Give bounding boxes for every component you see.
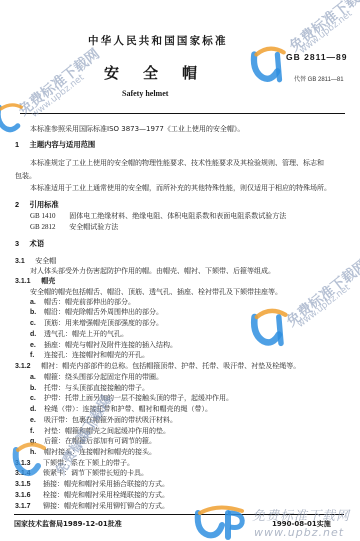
section-title: 术语 bbox=[30, 239, 45, 248]
reference-title: 安全帽试验方法 bbox=[69, 223, 118, 231]
reference-item: GB 2812 安全帽试验方法 bbox=[30, 222, 118, 232]
document-page: 中华人民共和国国家标准 安全帽 Safety helmet GB 2811—89… bbox=[0, 0, 360, 541]
up-logo-icon bbox=[0, 102, 28, 136]
intro-paragraph: 本标准参照采用国际标准ISO 3873—1977《工业上使用的安全帽》。 bbox=[30, 124, 244, 134]
watermark-text: 免费标准下载网 bbox=[285, 0, 360, 56]
term-item: 3.1.5插接：帽壳和帽衬采用插合联接的方式。 bbox=[15, 479, 169, 490]
list-item: c.护带：托带上面另加的一层不接触头顶的带子，起缓冲作用。 bbox=[30, 393, 233, 404]
subsection-desc: 帽衬：帽壳内部部件的总称。包括帽箍顶带、护带、托带、吸汗带、衬垫及栓绳等。 bbox=[41, 362, 300, 370]
list-item: e.吸汗带：包裹在帽箍外面的带状吸汗材料。 bbox=[30, 415, 177, 426]
reference-item: GB 1410 固体电工绝缘材料、绝缘电阻、体积电阻系数和表面电阻系数试验方法 bbox=[30, 211, 286, 221]
up-logo-icon bbox=[248, 44, 290, 86]
subsection-title: 安全帽 bbox=[35, 257, 56, 265]
section-3-heading: 3 术语 bbox=[15, 239, 44, 249]
list-item: c.顶筋：用来增强帽壳顶部强度的部分。 bbox=[30, 318, 163, 329]
section-title: 主题内容与适用范围 bbox=[30, 140, 96, 149]
national-standard-title: 中华人民共和国国家标准 bbox=[88, 33, 228, 48]
subsection-title: 帽壳 bbox=[41, 277, 55, 285]
section-title: 引用标准 bbox=[30, 200, 59, 209]
list-item: g.后箍：在帽箍后部加有可调节的箍。 bbox=[30, 436, 156, 447]
list-item: a.帽箍：绕头围部分起固定作用的带圈。 bbox=[30, 372, 163, 383]
section-number: 1 bbox=[15, 140, 27, 149]
reference-title: 固体电工绝缘材料、绝缘电阻、体积电阻系数和表面电阻系数试验方法 bbox=[69, 212, 286, 220]
up-logo-icon bbox=[192, 505, 252, 541]
subsection-number: 3.1.1 bbox=[15, 277, 39, 287]
approval-date: 国家技术监督局1989-12-01批准 bbox=[14, 519, 122, 529]
list-item: b.帽沿：帽壳除帽舌外周围伸出的部分。 bbox=[30, 307, 163, 318]
subsection-3-1-desc: 对人体头部受外力伤害起防护作用的帽。由帽壳、帽衬、下颏带、后箍等组成。 bbox=[30, 266, 275, 276]
subsection-3-1-1-desc: 安全帽的帽壳包括帽舌、帽沿、顶筋、透气孔、插座、栓衬带孔及下颏带挂座等。 bbox=[30, 287, 282, 297]
up-logo-icon bbox=[248, 306, 292, 350]
section-1-para-2: 本标准适用于工业上通常使用的安全帽，而所补充的其他特殊性能，则仅适用于相应的特殊… bbox=[30, 183, 331, 193]
standard-number: GB 2811—89 bbox=[286, 52, 348, 62]
section-number: 3 bbox=[15, 239, 27, 248]
list-item: h.帽衬接头：连接帽衬和帽壳的接头。 bbox=[30, 447, 156, 458]
list-item: d.透气孔：帽壳上开的气孔。 bbox=[30, 329, 128, 340]
list-item: d.栓绳（带）：连接托带和护带、帽衬和帽壳的绳（带）。 bbox=[30, 404, 212, 415]
footer-divider bbox=[14, 514, 344, 515]
subsection-3-1-2: 3.1.2 帽衬：帽壳内部部件的总称。包括帽箍顶带、护带、托带、吸汗带、衬垫及栓… bbox=[15, 361, 300, 372]
section-1-para-1-cont: 包装。 bbox=[15, 171, 36, 181]
subsection-3-1-1-heading: 3.1.1 帽壳 bbox=[15, 276, 55, 287]
reference-code: GB 2812 bbox=[30, 222, 67, 232]
section-number: 2 bbox=[15, 200, 27, 209]
document-title-english: Safety helmet bbox=[122, 89, 168, 98]
list-item: f.连接孔：连接帽衬和帽壳的开孔。 bbox=[30, 350, 149, 361]
term-item: 3.1.4锁紧卡：调节下颏带长短的卡具。 bbox=[15, 468, 148, 479]
document-title: 安全帽 bbox=[104, 62, 221, 83]
section-1-heading: 1 主题内容与适用范围 bbox=[15, 140, 95, 150]
term-item: 3.1.6栓接：帽壳和帽衬采用栓绳联接的方式。 bbox=[15, 490, 169, 501]
subsection-number: 3.1.2 bbox=[15, 362, 39, 372]
watermark-text: 免费标准下载网 bbox=[282, 255, 360, 331]
header-divider bbox=[20, 113, 345, 114]
effective-date: 1990-08-01实施 bbox=[272, 519, 331, 529]
section-1-para-1: 本标准规定了工业上使用的安全帽的物理性能要求、技术性能要求及其检验规则、管理、标… bbox=[30, 158, 324, 168]
reference-code: GB 1410 bbox=[30, 211, 67, 221]
term-item: 3.1.7铆接：帽壳和帽衬采用铆钉铆合的方式。 bbox=[15, 501, 169, 512]
replaces-standard: 代替 GB 2811—81 bbox=[294, 74, 344, 83]
section-2-heading: 2 引用标准 bbox=[15, 200, 59, 210]
watermark-url: www.upbz.net bbox=[298, 9, 354, 56]
watermark-url: www.upbz.net bbox=[296, 283, 352, 330]
watermark-text: 免费标准下载网 bbox=[14, 44, 104, 120]
